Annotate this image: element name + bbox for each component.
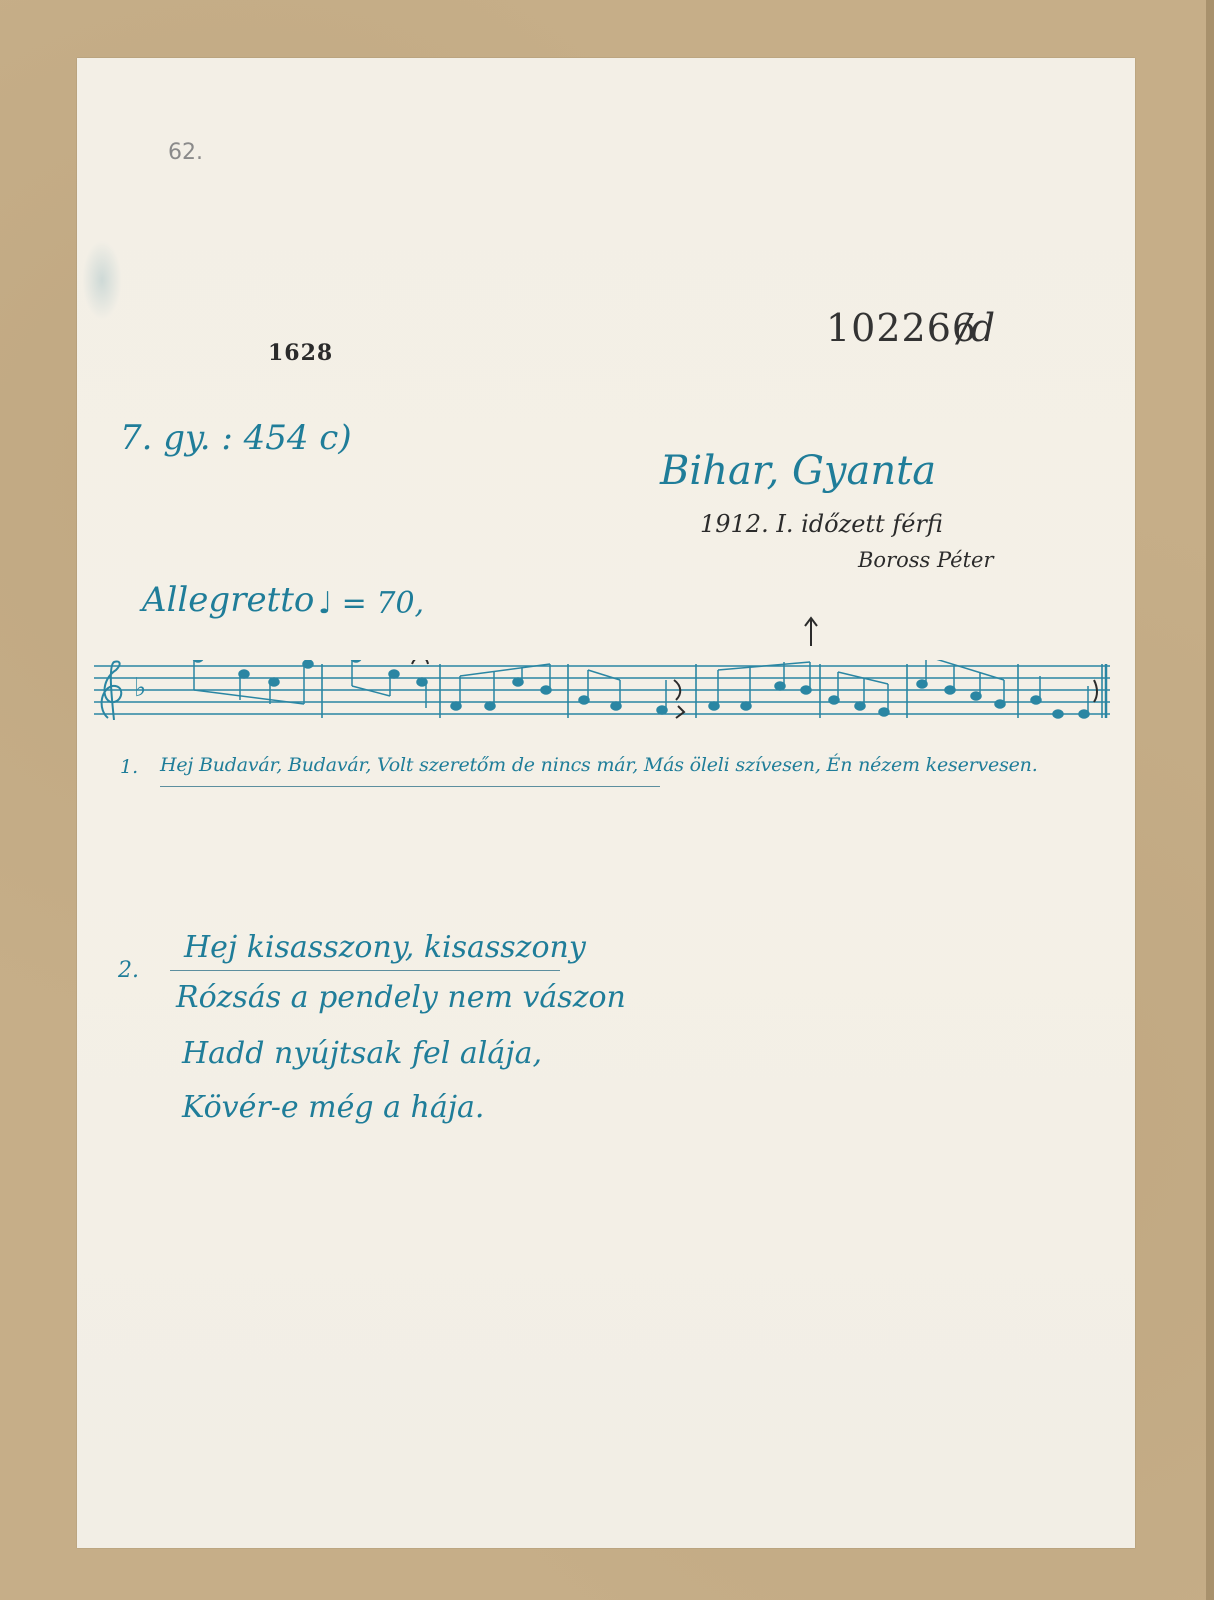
stamped-number: 1628: [268, 340, 333, 366]
verse-1-text: Hej Budavár, Budavár, Volt szeretőm de n…: [160, 754, 1038, 776]
verse-2-underline: [170, 970, 560, 971]
performer-name: Boross Péter: [858, 548, 994, 572]
verse-2-line-4: Kövér-e még a hája.: [182, 1090, 484, 1125]
verse-2-line-2: Rózsás a pendely nem vászon: [176, 980, 626, 1015]
pencil-page-number: 62.: [168, 140, 203, 165]
breath-mark: [1094, 680, 1097, 702]
collection-date-info: 1912. I. időzett férfi: [700, 510, 943, 538]
manuscript-sheet: [77, 58, 1135, 1548]
arrow-up-icon: [804, 616, 818, 646]
music-staff: ♭: [94, 660, 1110, 720]
collection-location: Bihar, Gyanta: [660, 448, 936, 494]
tempo-marking: Allegretto: [142, 580, 314, 620]
tempo-value: ♩ = 70,: [318, 586, 424, 621]
verse-1-underline: [160, 786, 660, 787]
inventory-suffix: /d: [958, 306, 995, 350]
verse-2-line-3: Hadd nyújtsak fel alája,: [182, 1036, 542, 1071]
collection-reference: 7. gy. : 454 c): [120, 418, 352, 458]
verse-2-line-1: Hej kisasszony, kisasszony: [184, 930, 586, 965]
fermata-mark: [412, 660, 428, 664]
verse-2-number: 2.: [118, 958, 139, 983]
verse-1-number: 1.: [120, 756, 138, 778]
paper-stain: [82, 240, 122, 320]
rest-mark: [674, 680, 684, 718]
inventory-number: 102266: [826, 306, 977, 350]
flat-sign: ♭: [134, 673, 146, 703]
cardboard-edge: [1206, 0, 1214, 1600]
